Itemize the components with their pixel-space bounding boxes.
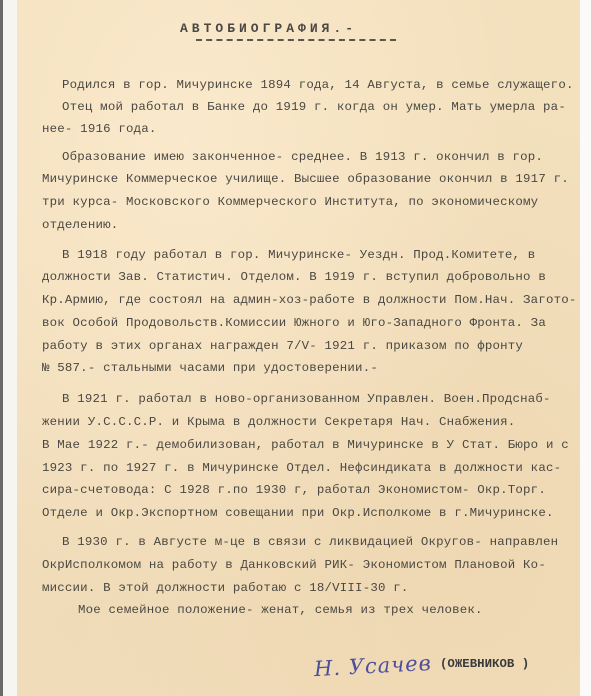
text-line: Образование имею законченное- среднее. В… [62,150,543,164]
scan-margin-right [580,0,591,696]
text-line: вок Особой Продовольств.Комиссии Южного … [42,316,546,330]
typed-signature-name: (ОЖЕВНИКОВ ) [440,657,529,671]
text-line: № 587.- стальными часами при удостоверен… [42,361,378,375]
text-line: В 1930 г. в Августе м-це в связи с ликви… [62,535,558,549]
text-line: Родился в гор. Мичуринске 1894 года, 14 … [62,78,574,92]
text-line: ОкрИсполкомом на работу в Данковский РИК… [42,558,546,572]
text-line: должности Зав. Статистич. Отделом. В 191… [42,270,546,284]
text-line: Отец мой работал в Банке до 1919 г. когд… [62,100,566,114]
text-line: отделению. [42,218,118,232]
text-line: Мичуринске Коммерческое училище. Высшее … [42,172,569,186]
text-line: Мое семейное положение- женат, семья из … [78,603,483,617]
text-line: нее- 1916 года. [42,122,157,136]
title-underline [196,39,396,41]
text-line: Кр.Армию, где состоял на админ-хоз-работ… [42,293,577,307]
text-line: жении У.С.С.С.Р. и Крыма в должности Сек… [42,415,515,429]
text-line: три курса- Московского Коммерческого Инс… [42,195,538,209]
text-line: Отделе и Окр.Экспортном совещании при Ок… [42,506,554,520]
text-line: сира-счетовода: С 1928 г.по 1930 г, рабо… [42,483,546,497]
text-line: работу в этих органах награжден 7/V- 192… [42,339,523,353]
text-line: В Мае 1922 г.- демобилизован, работал в … [42,438,569,452]
text-line: 1923 г. по 1927 г. в Мичуринске Отдел. Н… [42,461,561,475]
text-line: миссии. В этой должности работаю с 18/VI… [42,581,409,595]
text-line: В 1921 г. работал в ново-организованном … [62,392,551,406]
text-line: В 1918 году работал в гор. Мичуринске- У… [62,248,535,262]
document-title: АВТОБИОГРАФИЯ.- [180,21,357,36]
document-body: Родился в гор. Мичуринске 1894 года, 14 … [0,0,15,336]
